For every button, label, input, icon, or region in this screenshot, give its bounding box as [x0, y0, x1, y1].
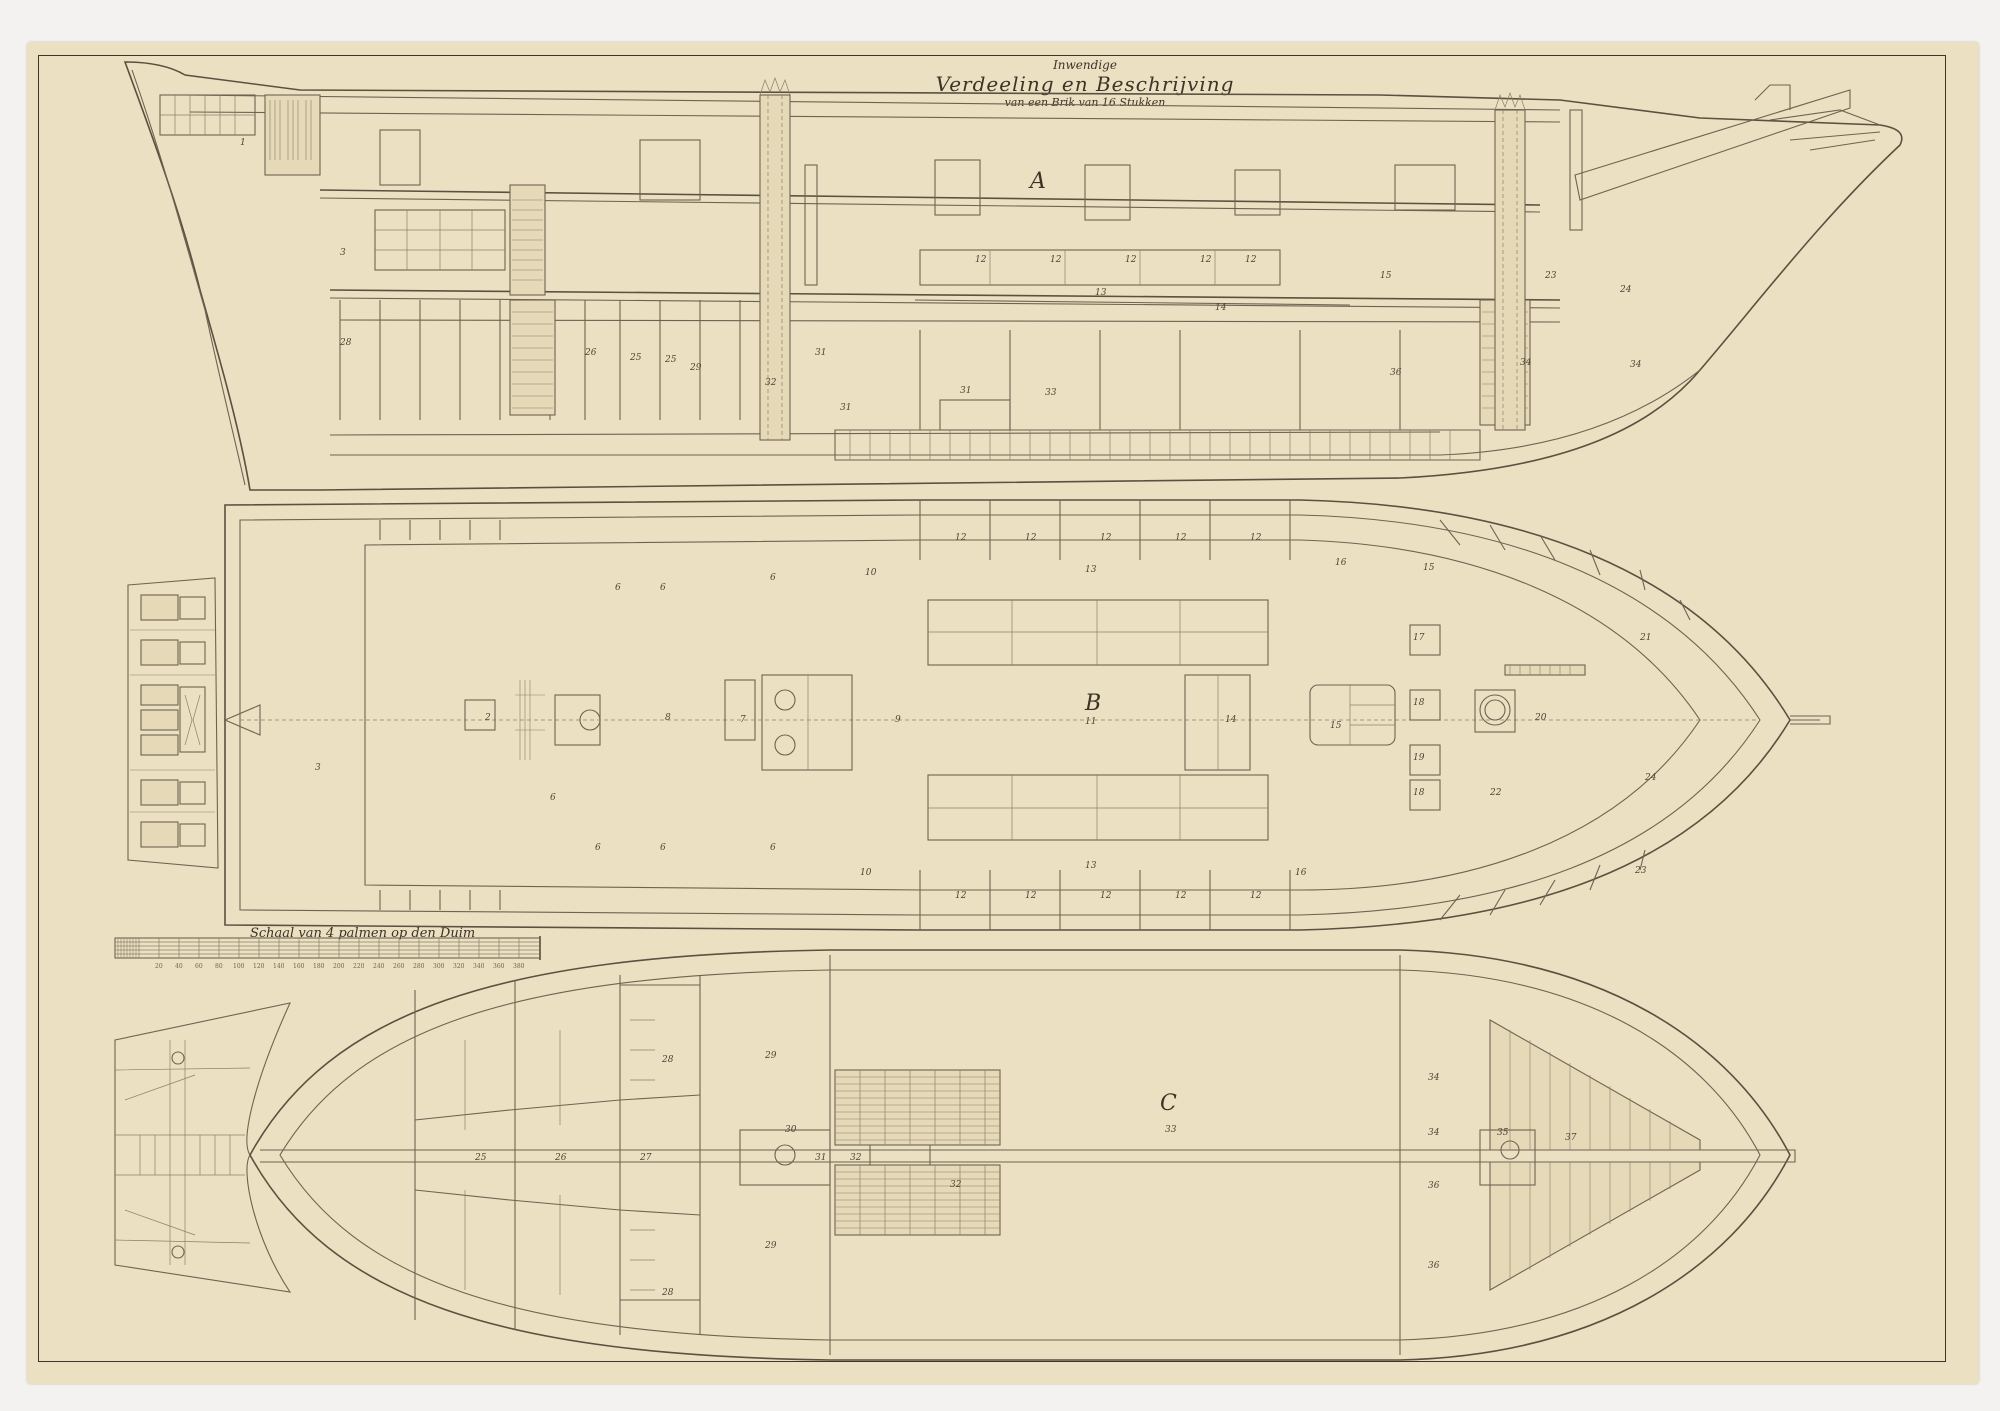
svg-text:28: 28 [661, 1288, 674, 1298]
svg-text:34: 34 [1428, 1073, 1440, 1083]
svg-text:30: 30 [785, 1125, 797, 1135]
svg-text:2: 2 [484, 713, 491, 723]
svg-text:320: 320 [453, 963, 465, 970]
svg-text:12: 12 [1025, 891, 1037, 901]
svg-text:20: 20 [155, 963, 163, 970]
svg-text:11: 11 [1085, 717, 1096, 727]
bowsprit [1575, 85, 1880, 200]
svg-text:1: 1 [240, 138, 246, 148]
svg-text:25: 25 [629, 353, 642, 363]
svg-text:7: 7 [740, 715, 746, 725]
stern-cabin-windows [160, 95, 320, 175]
svg-text:12: 12 [1175, 533, 1187, 543]
svg-text:14: 14 [1215, 303, 1227, 313]
svg-text:29: 29 [764, 1241, 777, 1251]
hold-planking [835, 1020, 1700, 1290]
svg-text:15: 15 [1330, 721, 1342, 731]
svg-text:26: 26 [584, 348, 597, 358]
svg-text:25: 25 [474, 1153, 487, 1163]
svg-text:12: 12 [1050, 255, 1062, 265]
scale-bar-ticks: 20 40 60 80 100 120 140 160 180 200 220 … [155, 963, 525, 970]
svg-text:220: 220 [353, 963, 365, 970]
svg-text:17: 17 [1413, 633, 1425, 643]
svg-text:12: 12 [955, 533, 967, 543]
hold-plan: C 33 25 26 27 28 28 29 29 30 31 32 32 34… [250, 950, 1795, 1360]
svg-text:25: 25 [664, 355, 677, 365]
svg-text:340: 340 [473, 963, 485, 970]
svg-text:6: 6 [615, 583, 621, 593]
svg-text:16: 16 [1335, 558, 1347, 568]
svg-text:13: 13 [1085, 565, 1097, 575]
svg-text:12: 12 [1175, 891, 1187, 901]
svg-text:12: 12 [1025, 533, 1037, 543]
svg-text:3: 3 [315, 763, 321, 773]
view-letter-b: B [1084, 691, 1101, 716]
svg-text:140: 140 [273, 963, 285, 970]
svg-text:9: 9 [895, 715, 901, 725]
svg-text:10: 10 [860, 868, 872, 878]
svg-text:18: 18 [1413, 698, 1425, 708]
svg-text:23: 23 [1544, 271, 1557, 281]
svg-text:23: 23 [1634, 866, 1647, 876]
svg-text:32: 32 [950, 1180, 962, 1190]
view-letter-a: A [1028, 169, 1046, 194]
svg-text:200: 200 [333, 963, 345, 970]
svg-text:36: 36 [1428, 1261, 1440, 1271]
svg-text:12: 12 [1125, 255, 1137, 265]
view-letter-c: C [1160, 1091, 1177, 1116]
svg-text:6: 6 [770, 573, 776, 583]
svg-text:100: 100 [233, 963, 245, 970]
svg-text:34: 34 [1428, 1128, 1440, 1138]
svg-text:29: 29 [764, 1051, 777, 1061]
svg-text:12: 12 [1100, 891, 1112, 901]
svg-text:12: 12 [1200, 255, 1212, 265]
profile-view: A 1 3 12 12 12 12 12 13 14 15 23 24 28 2… [125, 62, 1902, 490]
svg-text:33: 33 [1165, 1125, 1177, 1135]
svg-text:14: 14 [1225, 715, 1237, 725]
svg-text:34: 34 [1520, 358, 1532, 368]
svg-text:12: 12 [975, 255, 987, 265]
svg-text:24: 24 [1619, 285, 1632, 295]
svg-text:3: 3 [340, 248, 346, 258]
svg-text:6: 6 [660, 843, 666, 853]
svg-text:28: 28 [339, 338, 352, 348]
svg-text:40: 40 [175, 963, 183, 970]
svg-text:360: 360 [493, 963, 505, 970]
svg-text:18: 18 [1413, 788, 1425, 798]
svg-text:35: 35 [1497, 1128, 1509, 1138]
masts [760, 78, 1582, 440]
svg-text:15: 15 [1423, 563, 1435, 573]
svg-text:12: 12 [1250, 891, 1262, 901]
svg-text:12: 12 [1245, 255, 1257, 265]
ship-plan-drawing: A 1 3 12 12 12 12 12 13 14 15 23 24 28 2… [0, 0, 2000, 1411]
svg-text:6: 6 [660, 583, 666, 593]
svg-text:380: 380 [513, 963, 525, 970]
svg-text:22: 22 [1489, 788, 1502, 798]
svg-text:80: 80 [215, 963, 223, 970]
svg-text:160: 160 [293, 963, 305, 970]
svg-text:240: 240 [373, 963, 385, 970]
svg-text:31: 31 [815, 1153, 826, 1163]
svg-text:60: 60 [195, 963, 203, 970]
svg-text:12: 12 [1100, 533, 1112, 543]
svg-text:280: 280 [413, 963, 425, 970]
svg-text:13: 13 [1095, 288, 1107, 298]
svg-text:120: 120 [253, 963, 265, 970]
svg-text:19: 19 [1413, 753, 1425, 763]
svg-text:36: 36 [1428, 1181, 1440, 1191]
svg-text:31: 31 [840, 403, 851, 413]
svg-text:180: 180 [313, 963, 325, 970]
svg-text:24: 24 [1644, 773, 1657, 783]
svg-text:31: 31 [960, 386, 971, 396]
svg-text:32: 32 [850, 1153, 862, 1163]
scale-bar [115, 936, 540, 960]
svg-text:260: 260 [393, 963, 405, 970]
svg-text:20: 20 [1534, 713, 1547, 723]
svg-text:13: 13 [1085, 861, 1097, 871]
svg-text:33: 33 [1045, 388, 1057, 398]
svg-text:27: 27 [639, 1153, 652, 1163]
svg-text:28: 28 [661, 1055, 674, 1065]
deck-compartments [380, 500, 1690, 930]
svg-text:6: 6 [770, 843, 776, 853]
svg-text:36: 36 [1390, 368, 1402, 378]
svg-text:10: 10 [865, 568, 877, 578]
svg-text:15: 15 [1380, 271, 1392, 281]
svg-text:300: 300 [433, 963, 445, 970]
svg-text:12: 12 [1250, 533, 1262, 543]
svg-text:29: 29 [689, 363, 702, 373]
svg-text:6: 6 [595, 843, 601, 853]
svg-text:21: 21 [1639, 633, 1651, 643]
svg-text:6: 6 [550, 793, 556, 803]
stern-elevation [128, 578, 218, 868]
svg-text:34: 34 [1630, 360, 1642, 370]
upper-deck-plan: B 11 3 2 8 7 9 10 10 14 15 17 18 19 18 2… [225, 500, 1830, 930]
lower-compartments [340, 300, 1530, 430]
svg-text:16: 16 [1295, 868, 1307, 878]
svg-text:26: 26 [554, 1153, 567, 1163]
svg-text:31: 31 [815, 348, 826, 358]
svg-text:37: 37 [1565, 1133, 1577, 1143]
bow-section [115, 1003, 290, 1292]
svg-text:12: 12 [955, 891, 967, 901]
svg-text:32: 32 [765, 378, 777, 388]
cabin-lockers [375, 185, 545, 295]
svg-text:8: 8 [665, 713, 671, 723]
